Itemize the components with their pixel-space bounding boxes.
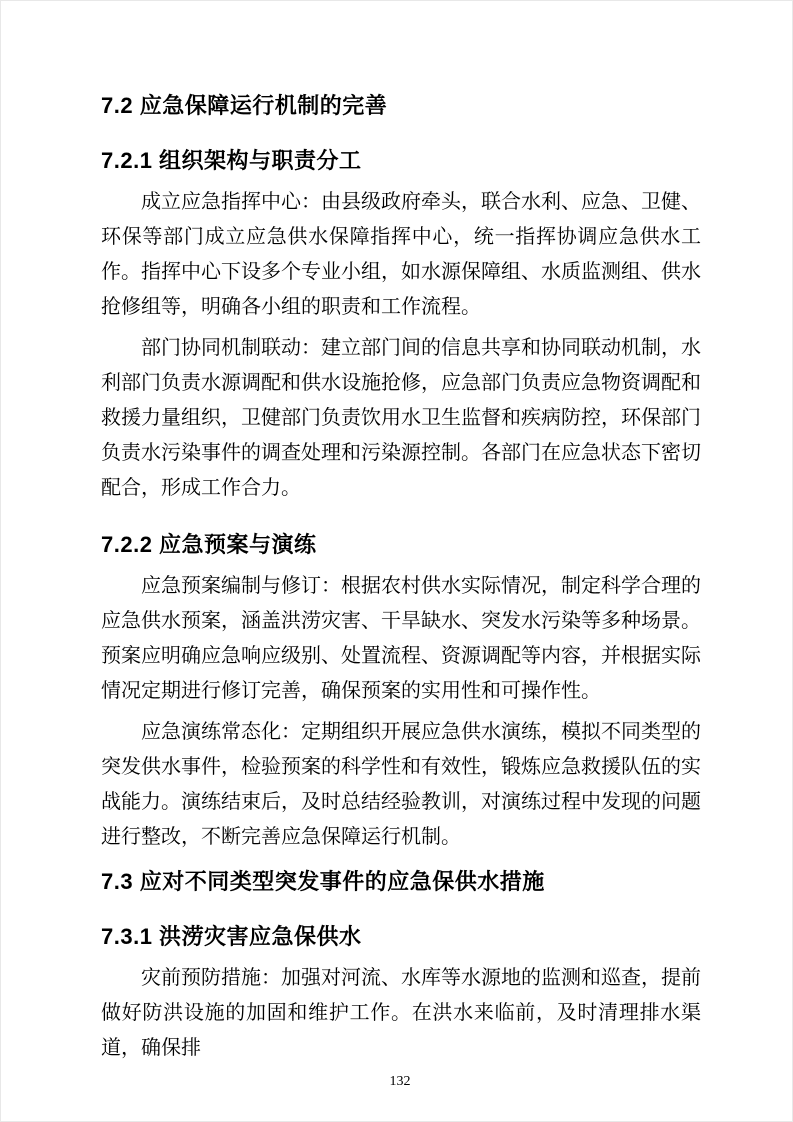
page-footer: 132 <box>101 1074 699 1090</box>
document-page: 7.2 应急保障运行机制的完善7.2.1 组织架构与职责分工成立应急指挥中心：由… <box>0 0 793 1122</box>
section-heading: 7.2.2 应急预案与演练 <box>101 528 701 561</box>
page-number: 132 <box>390 1074 411 1089</box>
paragraph: 应急预案编制与修订：根据农村供水实际情况，制定科学合理的应急供水预案，涵盖洪涝灾… <box>101 569 701 709</box>
paragraph: 应急演练常态化：定期组织开展应急供水演练，模拟不同类型的突发供水事件，检验预案的… <box>101 715 701 855</box>
section-heading: 7.2.1 组织架构与职责分工 <box>101 144 701 177</box>
paragraph: 灾前预防措施：加强对河流、水库等水源地的监测和巡查，提前做好防洪设施的加固和维护… <box>101 961 701 1066</box>
section-heading: 7.3 应对不同类型突发事件的应急保供水措施 <box>101 865 701 898</box>
document-body: 7.2 应急保障运行机制的完善7.2.1 组织架构与职责分工成立应急指挥中心：由… <box>101 89 701 1066</box>
paragraph: 部门协同机制联动：建立部门间的信息共享和协同联动机制，水利部门负责水源调配和供水… <box>101 331 701 506</box>
section-heading: 7.2 应急保障运行机制的完善 <box>101 89 701 122</box>
section-heading: 7.3.1 洪涝灾害应急保供水 <box>101 920 701 953</box>
paragraph: 成立应急指挥中心：由县级政府牵头，联合水利、应急、卫健、环保等部门成立应急供水保… <box>101 185 701 325</box>
